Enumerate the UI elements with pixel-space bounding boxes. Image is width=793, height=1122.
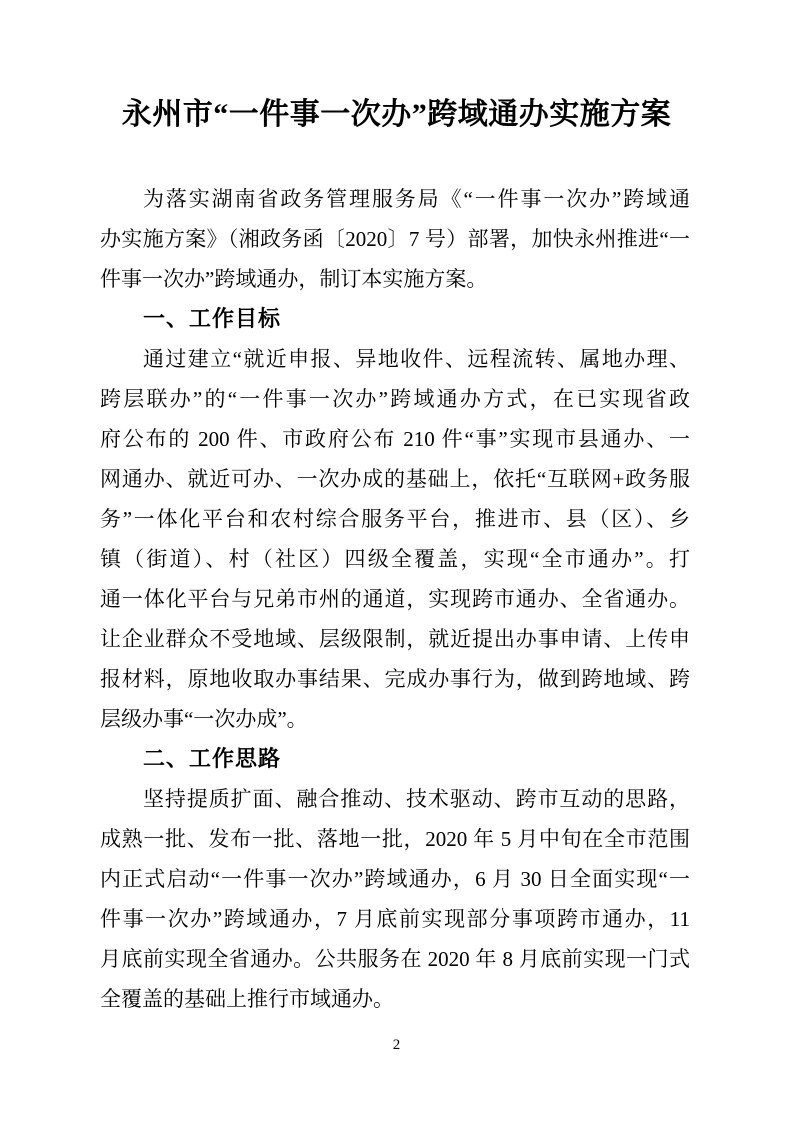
document-page: 永州市“一件事一次办”跨域通办实施方案 为落实湖南省政务管理服务局《“一件事一次…: [0, 0, 793, 1122]
section-heading-work-goals: 一、工作目标: [100, 299, 690, 339]
document-body: 为落实湖南省政务管理服务局《“一件事一次办”跨域通 办实施方案》（湘政务函〔20…: [100, 179, 690, 1019]
text-line: 府公布的 200 件、市政府公布 210 件“事”实现市县通办、一: [100, 419, 690, 459]
text-line: 让企业群众不受地域、层级限制，就近提出办事申请、上传申: [100, 619, 690, 659]
text-line: 镇（街道）、村（社区）四级全覆盖，实现“全市通办”。打: [100, 539, 690, 579]
text-line: 网通办、就近可办、一次办成的基础上，依托“互联网+政务服: [100, 459, 690, 499]
page-number: 2: [0, 1036, 793, 1054]
text-line: 务”一体化平台和农村综合服务平台，推进市、县（区）、乡: [100, 499, 690, 539]
text-line: 办实施方案》（湘政务函〔2020〕7 号）部署，加快永州推进“一: [100, 219, 690, 259]
text-line: 报材料，原地收取办事结果、完成办事行为，做到跨地域、跨: [100, 659, 690, 699]
section-heading-work-approach: 二、工作思路: [100, 739, 690, 779]
text-line: 件事一次办”跨域通办，制订本实施方案。: [100, 259, 690, 299]
document-title: 永州市“一件事一次办”跨域通办实施方案: [0, 0, 793, 135]
text-line: 通一体化平台与兄弟市州的通道，实现跨市通办、全省通办。: [100, 579, 690, 619]
paragraph-work-approach: 坚持提质扩面、融合推动、技术驱动、跨市互动的思路， 成熟一批、发布一批、落地一批…: [100, 779, 690, 1019]
paragraph-intro: 为落实湖南省政务管理服务局《“一件事一次办”跨域通 办实施方案》（湘政务函〔20…: [100, 179, 690, 299]
text-line: 件事一次办”跨域通办，7 月底前实现部分事项跨市通办，11: [100, 899, 690, 939]
text-line: 坚持提质扩面、融合推动、技术驱动、跨市互动的思路，: [100, 779, 690, 819]
text-line: 跨层联办”的“一件事一次办”跨域通办方式，在已实现省政: [100, 379, 690, 419]
text-line: 成熟一批、发布一批、落地一批，2020 年 5 月中旬在全市范围: [100, 819, 690, 859]
text-line: 内正式启动“一件事一次办”跨域通办，6 月 30 日全面实现“一: [100, 859, 690, 899]
paragraph-work-goals: 通过建立“就近申报、异地收件、远程流转、属地办理、 跨层联办”的“一件事一次办”…: [100, 339, 690, 739]
text-line: 月底前实现全省通办。公共服务在 2020 年 8 月底前实现一门式: [100, 939, 690, 979]
text-line: 为落实湖南省政务管理服务局《“一件事一次办”跨域通: [100, 179, 690, 219]
text-line: 层级办事“一次办成”。: [100, 699, 690, 739]
text-line: 全覆盖的基础上推行市域通办。: [100, 979, 690, 1019]
text-line: 通过建立“就近申报、异地收件、远程流转、属地办理、: [100, 339, 690, 379]
